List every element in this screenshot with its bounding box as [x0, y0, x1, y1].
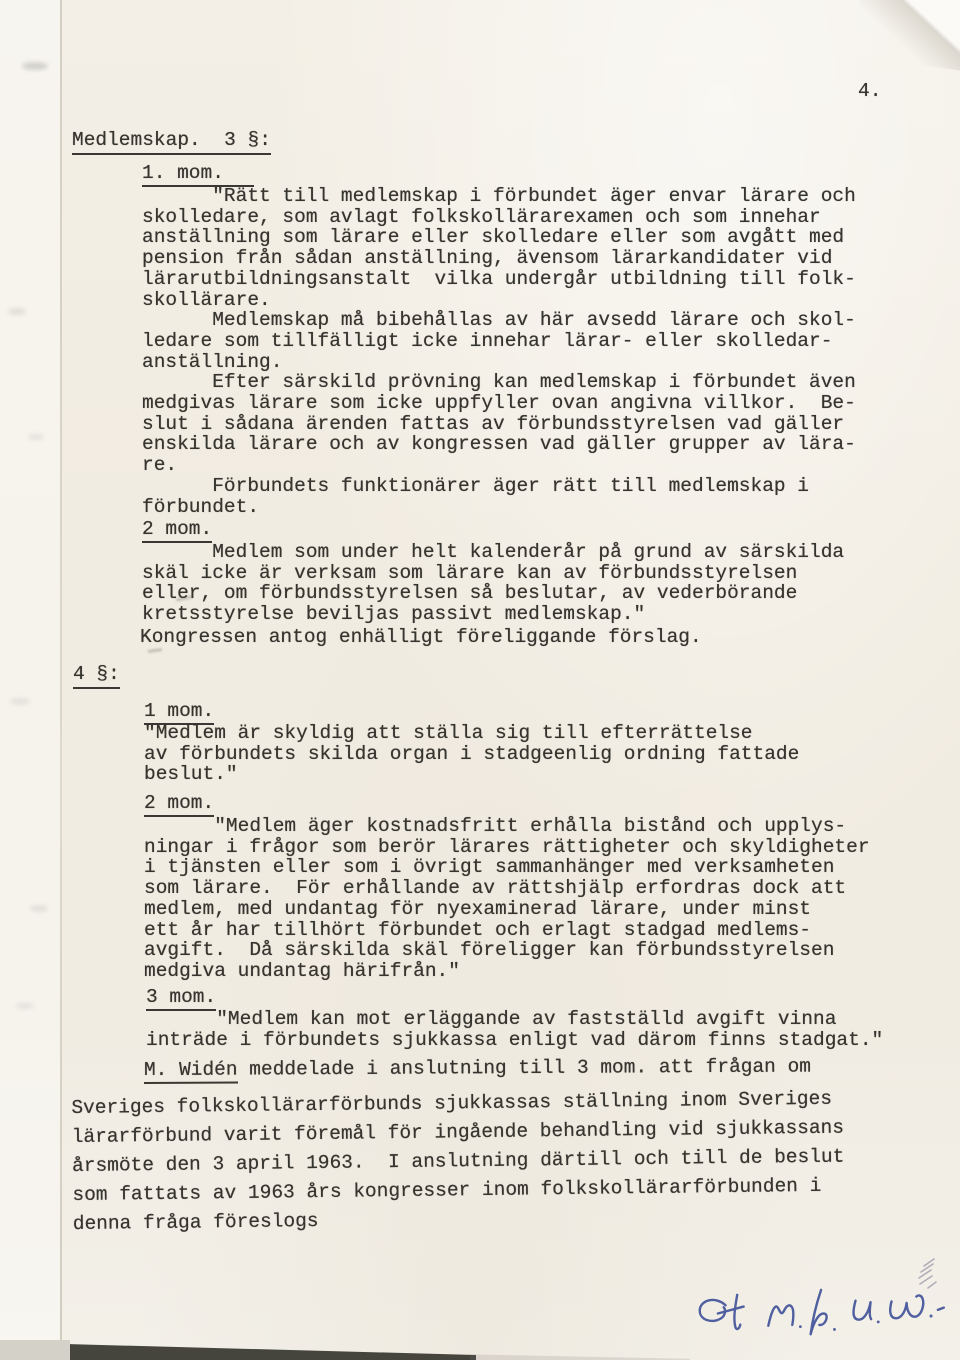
- scan-smudge: [22, 62, 48, 70]
- closing-continuation: Sveriges folkskollärarförbunds sjukkassa…: [71, 1085, 845, 1239]
- section3-heading: Medlemskap. 3 §:: [72, 130, 271, 151]
- bottom-edge-fade: [470, 1352, 690, 1360]
- s4-mom1-label: 1 mom.: [144, 701, 214, 722]
- s4-mom1-text: "Medlem är skyldig att ställa sig till e…: [144, 723, 799, 785]
- signature-ink: [687, 1275, 949, 1356]
- s4-mom3-text: "Medlem kan mot erläggande av fastställd…: [146, 1009, 883, 1050]
- section4-heading-text: 4 §:: [73, 663, 120, 689]
- bottom-left-shadow: [0, 1340, 70, 1360]
- bottom-edge-shadow: [70, 1342, 476, 1360]
- s3-mom2-text: Medlem som under helt kalenderår på grun…: [142, 542, 844, 625]
- scan-smudge: [10, 698, 30, 705]
- paper-crease-line: [60, 0, 62, 1344]
- page-number: 4.: [858, 81, 881, 102]
- scan-smudge: [8, 308, 26, 315]
- s4-mom2-text: "Medlem äger kostnadsfritt erhålla bistå…: [144, 816, 870, 982]
- scan-smudge: [30, 905, 48, 912]
- scan-smudge: [148, 648, 162, 653]
- page-corner-fold: [852, 0, 960, 72]
- s3-mom1-text: "Rätt till medlemskap i förbundet äger e…: [142, 186, 856, 517]
- resolution-line: Kongressen antog enhälligt föreliggande …: [140, 627, 702, 648]
- scan-smudge: [16, 1003, 34, 1009]
- scanned-document-page: 4. Medlemskap. 3 §: 1. mom. "Rätt till m…: [0, 0, 960, 1360]
- s4-mom3-label: 3 mom.: [146, 987, 216, 1008]
- closing-first-line: M. Widén meddelade i anslutning till 3 m…: [144, 1057, 811, 1081]
- paper-left-margin-strip: [0, 0, 60, 1344]
- s4-mom2-label: 2 mom.: [144, 793, 214, 814]
- closing-first-line-rest: meddelade i anslutning till 3 mom. att f…: [238, 1056, 812, 1081]
- scan-smudge: [28, 434, 44, 440]
- s3-mom1-label: 1. mom.: [142, 163, 254, 184]
- speaker-name: M. Widén: [144, 1059, 238, 1084]
- section3-heading-text: Medlemskap. 3 §:: [72, 129, 271, 155]
- section4-heading: 4 §:: [73, 664, 120, 685]
- s3-mom2-label: 2 mom.: [142, 519, 212, 540]
- signature-initials: [687, 1275, 949, 1356]
